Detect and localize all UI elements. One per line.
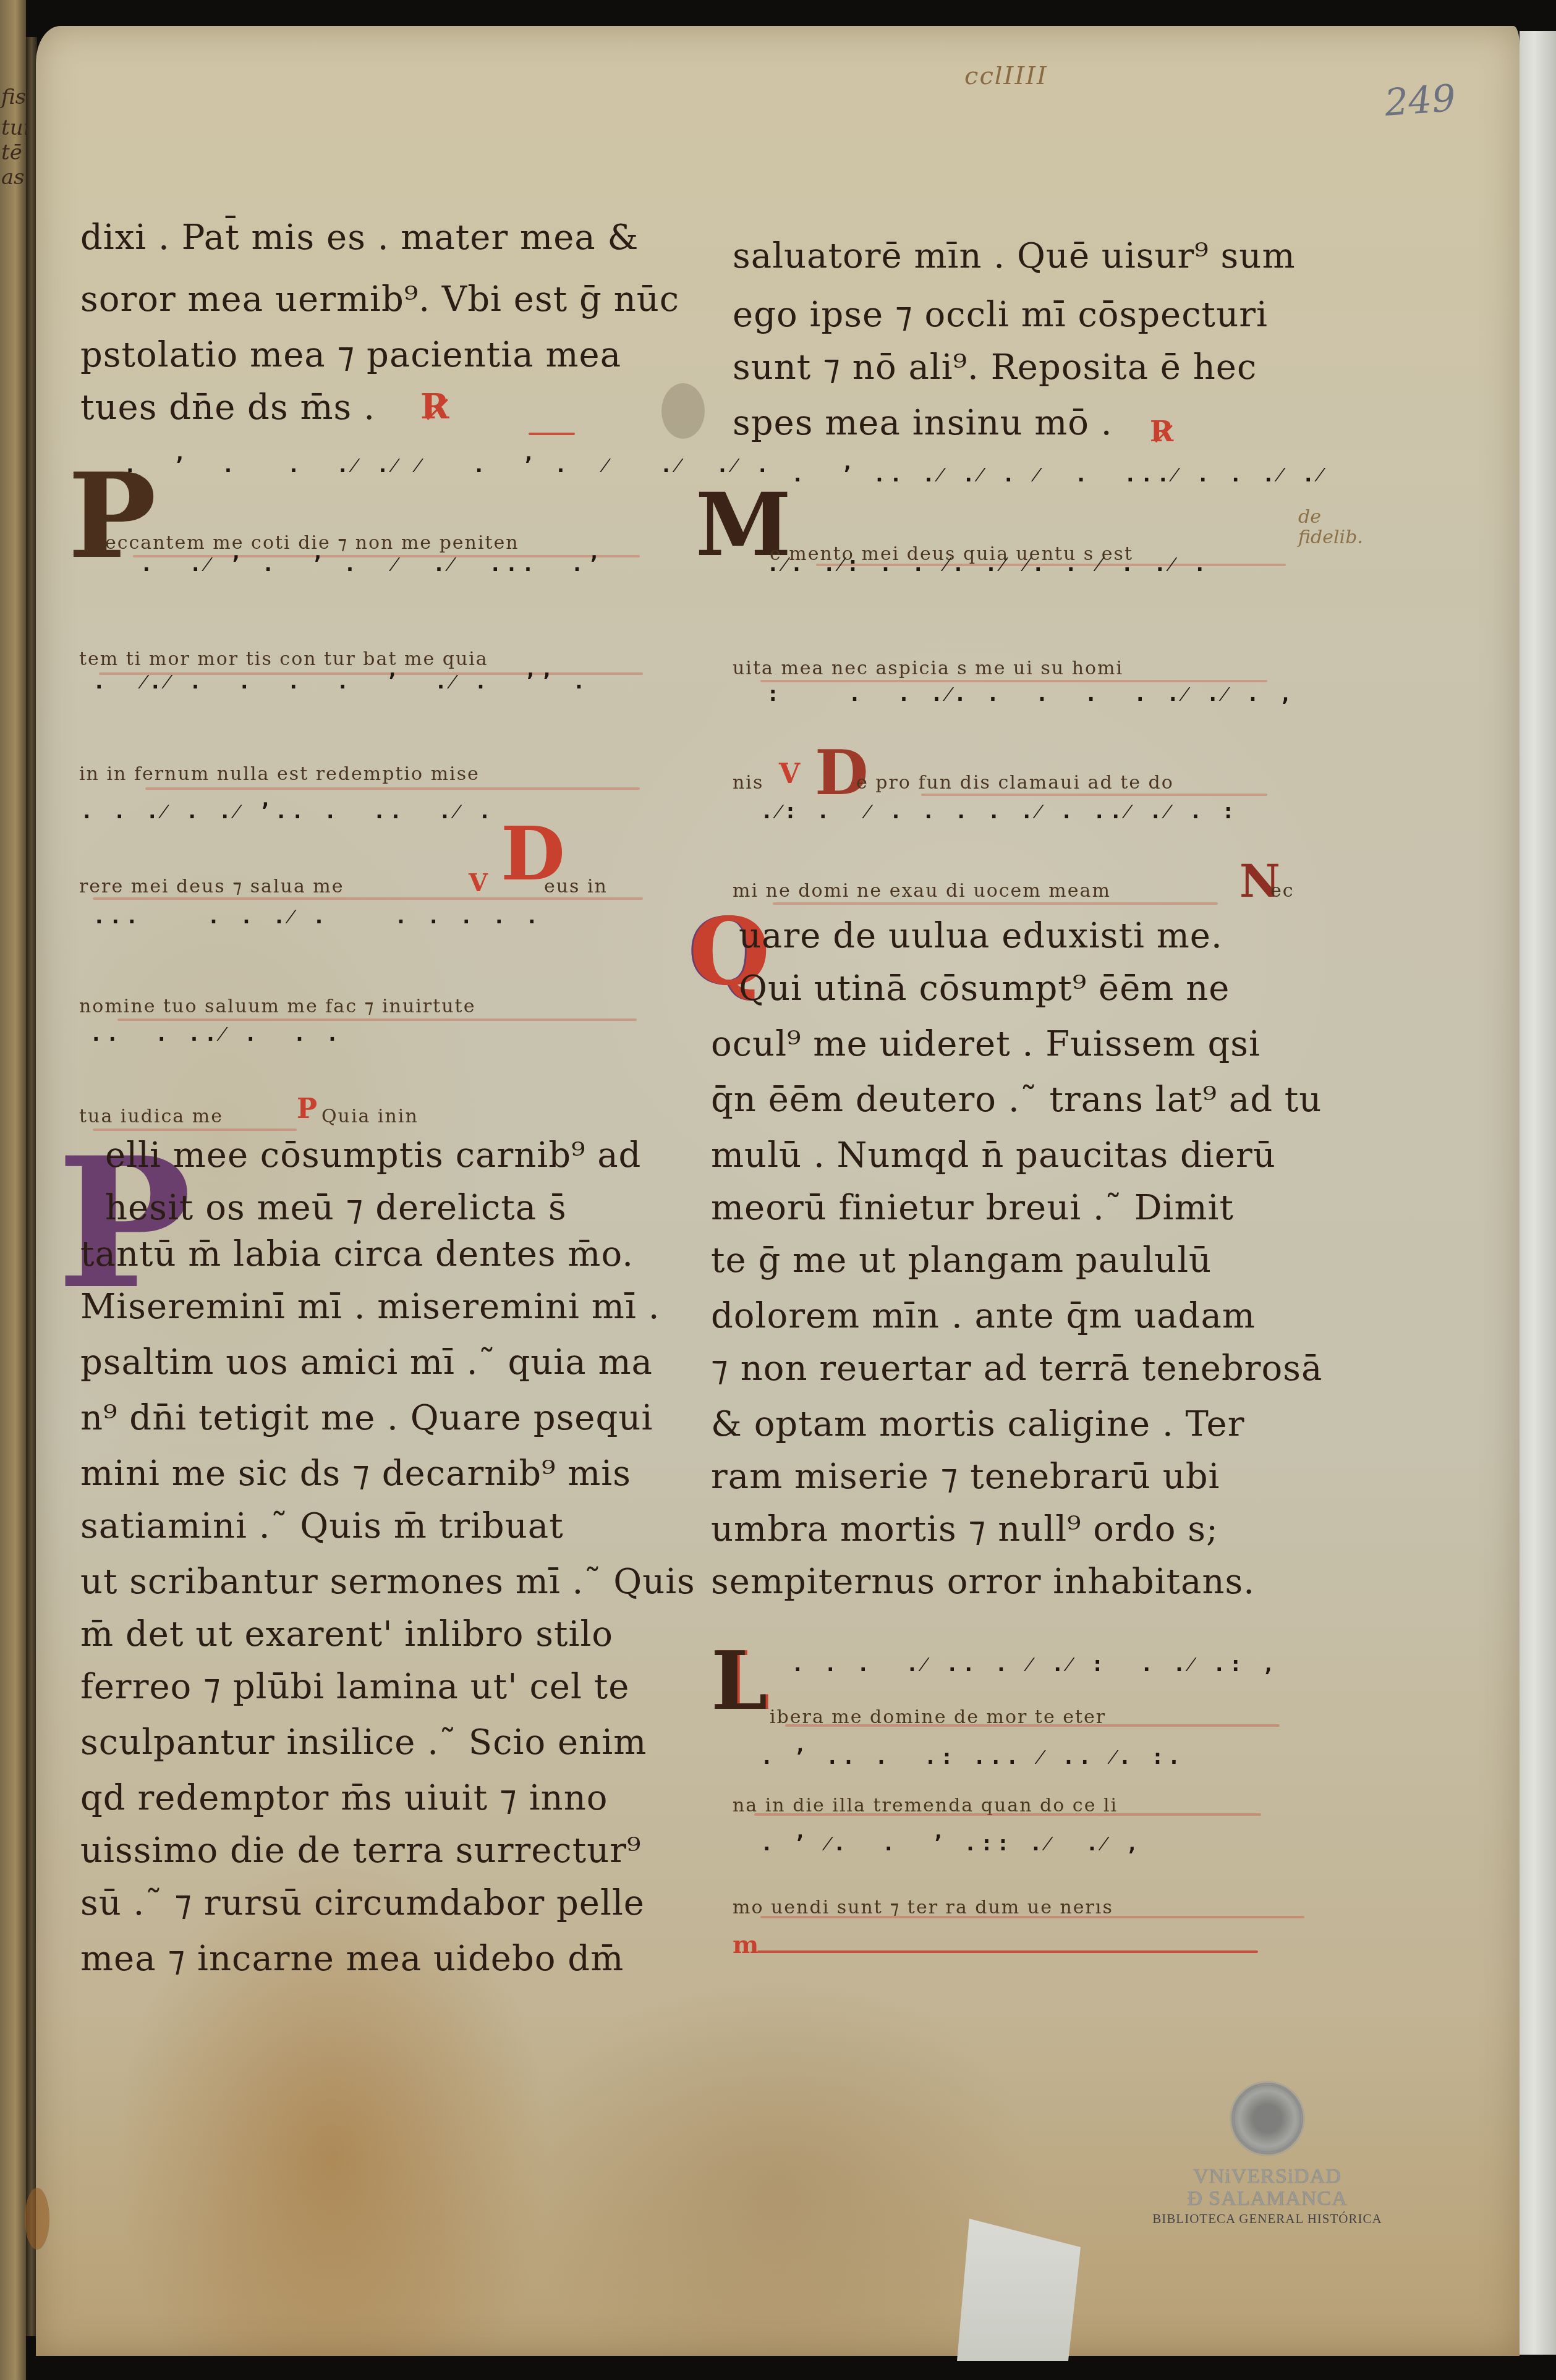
rubric-response-mark: R̷ xyxy=(1150,413,1174,450)
text-line: hesit os meū ⁊ derelicta s̄ xyxy=(105,1190,567,1227)
text-line: m̄ det ut exarent' inlibro stilo xyxy=(80,1616,613,1653)
red-rule xyxy=(773,902,1218,905)
red-rule xyxy=(93,897,643,900)
red-rule xyxy=(529,433,575,435)
text-line: satiamini .˜ Quis m̄ tribuat xyxy=(80,1508,564,1545)
margin-note: de fidelib. xyxy=(1298,507,1363,548)
text-line: ram miserie ⁊ tenebrarū ubi xyxy=(711,1459,1220,1496)
chant-text-line: Quia inin xyxy=(321,1106,419,1127)
neume-line: .⁄. .⁄: . . ⁄. .⁄ ⁄. . ⁄ . .⁄ . xyxy=(767,556,1210,572)
chant-text-line: in in fernum nulla est redemptio mise xyxy=(79,764,480,785)
text-line: n⁹ dn̄i tetigit me . Quare psequi xyxy=(80,1400,653,1437)
text-line: q̄n ēēm deutero .˜ trans lat⁹ ad tu xyxy=(711,1082,1322,1119)
red-rule xyxy=(754,1813,1261,1816)
red-rule xyxy=(785,1724,1280,1727)
stain xyxy=(25,2188,49,2250)
watermark-line-2: Ð SALAMANCA xyxy=(1131,2188,1403,2210)
text-line: ferreo ⁊ plūbi lamina ut' cel te xyxy=(80,1669,629,1706)
text-line: mea ⁊ incarne mea uidebo dm̄ xyxy=(80,1941,624,1978)
text-line: qd redemptor m̄s uiuit ⁊ inno xyxy=(80,1780,608,1817)
chant-text-line: mo uendi sunt ⁊ ter ra dum ue nerıs xyxy=(733,1897,1113,1918)
text-line: ocul⁹ me uideret . Fuissem qsi xyxy=(711,1026,1261,1063)
margin-note-line: de xyxy=(1298,507,1363,527)
red-rule xyxy=(921,794,1267,796)
chant-text-line: eus in xyxy=(544,876,608,897)
neume-line: . . . .⁄ .. . ⁄ .⁄ : . .⁄ .: , xyxy=(791,1656,1278,1672)
text-line: ⁊ non reuertar ad terrā tenebrosā xyxy=(711,1350,1322,1387)
text-line: Qui utinā cōsumpt⁹ ēēm ne xyxy=(739,970,1230,1007)
text-line: tues dn̄e ds m̄s . xyxy=(80,389,375,426)
rubric-repetendum-mark: P xyxy=(297,1099,318,1120)
chant-text-line: tem ti mor mor tis con tur bat me quia xyxy=(79,649,488,670)
text-line: mulū . Numqd n̄ paucitas dierū xyxy=(711,1137,1276,1174)
margin-note-line: fidelib. xyxy=(1298,527,1363,548)
text-line: & optam mortis caligine . Ter xyxy=(711,1406,1244,1443)
prev-page-fragment: as xyxy=(1,167,25,188)
text-line: sunt ⁊ nō ali⁹. Reposita ē hec xyxy=(733,349,1257,386)
rubric-end-mark: m xyxy=(733,1934,760,1955)
university-seal-icon xyxy=(1231,2083,1303,2154)
modern-folio-number: 249 xyxy=(1384,77,1457,125)
chant-text-line: ec xyxy=(1270,881,1295,902)
neume-line: . ʼ .. . .: ... ⁄ .. ⁄. :. xyxy=(760,1749,1184,1765)
neume-line: . ʼ .. .⁄ .⁄ . ⁄ . ...⁄ . . .⁄ .⁄ xyxy=(791,467,1325,483)
red-rule xyxy=(760,1916,1304,1918)
red-rule xyxy=(757,1950,1258,1953)
chant-text-line: nis xyxy=(733,773,763,794)
text-line: Misereminī mī . miseremini mī . xyxy=(80,1289,660,1326)
text-line: saluatorē mīn . Quē uisur⁹ sum xyxy=(733,238,1296,275)
chant-text-line: e pro fun dis clamaui ad te do xyxy=(856,773,1174,794)
neume-line: . ⁄.⁄ . . . . ʼ .⁄ . ʼʼ . xyxy=(93,674,589,690)
text-line: psaltim uos amici mī .˜ quia ma xyxy=(80,1344,653,1381)
text-line: tantū m̄ labia circa dentes m̄o. xyxy=(80,1236,634,1273)
neume-line: . ʼ . . .⁄ .⁄ ⁄ . ʼ . ⁄ .⁄ .⁄ . xyxy=(124,457,772,473)
rubric-versus-mark: V xyxy=(469,873,489,894)
text-line: meorū finietur breui .˜ Dimit xyxy=(711,1190,1234,1227)
rubric-response-mark: R̷ xyxy=(420,388,450,425)
text-line: sempiternus orror inhabitans. xyxy=(711,1564,1255,1601)
library-watermark: VNiVERSiDAD Ð SALAMANCA BIBLIOTECA GENER… xyxy=(1131,2083,1403,2227)
roman-folio-number: cclIIII xyxy=(964,62,1048,90)
text-line: sculpantur insilice .˜ Scio enim xyxy=(80,1724,647,1761)
chant-text-line: rere mei deus ⁊ salua me xyxy=(79,876,344,897)
prev-page-fragment: fis xyxy=(1,87,26,108)
chant-text-line: eccantem me coti die ⁊ non me peniten xyxy=(105,533,519,554)
text-line: spes mea insinu mō . xyxy=(733,405,1113,442)
text-line: sū .˜ ⁊ rursū circumdabor pelle xyxy=(80,1885,645,1922)
prev-page-fragment: tē xyxy=(1,142,22,163)
previous-page-edge: fis tur tē as xyxy=(0,0,26,2380)
watermark-line-1: VNiVERSiDAD xyxy=(1131,2166,1403,2188)
watermark-line-3: BIBLIOTECA GENERAL HISTÓRICA xyxy=(1131,2211,1403,2227)
text-line: soror mea uermib⁹. Vbi est ḡ nūc xyxy=(80,281,679,318)
chant-text-line: uita mea nec aspicia s me ui su homi xyxy=(733,658,1123,679)
text-line: ut scribantur sermones mī .˜ Quis xyxy=(80,1564,695,1601)
backing-paper-edge xyxy=(1520,31,1556,2355)
neume-line: .⁄: . ⁄ . . . . .⁄ . ..⁄ .⁄ . : xyxy=(760,803,1238,819)
stain xyxy=(661,383,705,439)
text-line: dolorem mīn . ante q̄m uadam xyxy=(711,1298,1256,1335)
neume-line: : . . .⁄. . . . . .⁄ .⁄ . , xyxy=(767,686,1296,702)
text-line: te ḡ me ut plangam paululū xyxy=(711,1242,1212,1279)
text-line: dixi . Pat̄ mis es . mater mea & xyxy=(80,219,639,256)
chant-text-line: nomine tuo saluum me fac ⁊ inuirtute xyxy=(79,996,475,1017)
chant-initial-L: L xyxy=(711,1641,767,1721)
text-line: uissimo die de terra surrectur⁹ xyxy=(80,1832,641,1870)
text-line: umbra mortis ⁊ null⁹ ordo s; xyxy=(711,1511,1218,1548)
neume-line: . ʼ ⁄. . ʼ .:: .⁄ .⁄ , xyxy=(760,1836,1142,1852)
text-line: uare de uulua eduxisti me. xyxy=(739,918,1223,955)
text-line: ego ipse ⁊ occli mī cōspecturi xyxy=(733,297,1268,334)
neume-line: . .⁄ ʼ . ʼ . ⁄ .⁄ ... .ʼ xyxy=(124,556,603,572)
text-line: pstolatio mea ⁊ pacientia mea xyxy=(80,337,621,374)
chant-text-line: mi ne domi ne exau di uocem meam xyxy=(733,881,1111,902)
red-rule xyxy=(117,1018,637,1021)
neume-line: .. . ..⁄ . . . xyxy=(90,1026,342,1042)
neume-line: ... . . .⁄ . . . . . . xyxy=(93,908,542,925)
text-line: elli mee cōsumptis carnib⁹ ad xyxy=(105,1137,641,1174)
rubric-versus-mark: V xyxy=(779,764,801,785)
red-rule xyxy=(145,787,640,790)
neume-line: . . .⁄ . .⁄ ʼ.. . .. .⁄ . xyxy=(80,803,495,819)
text-line: mini me sic ds ⁊ decarnib⁹ mis xyxy=(80,1455,631,1493)
